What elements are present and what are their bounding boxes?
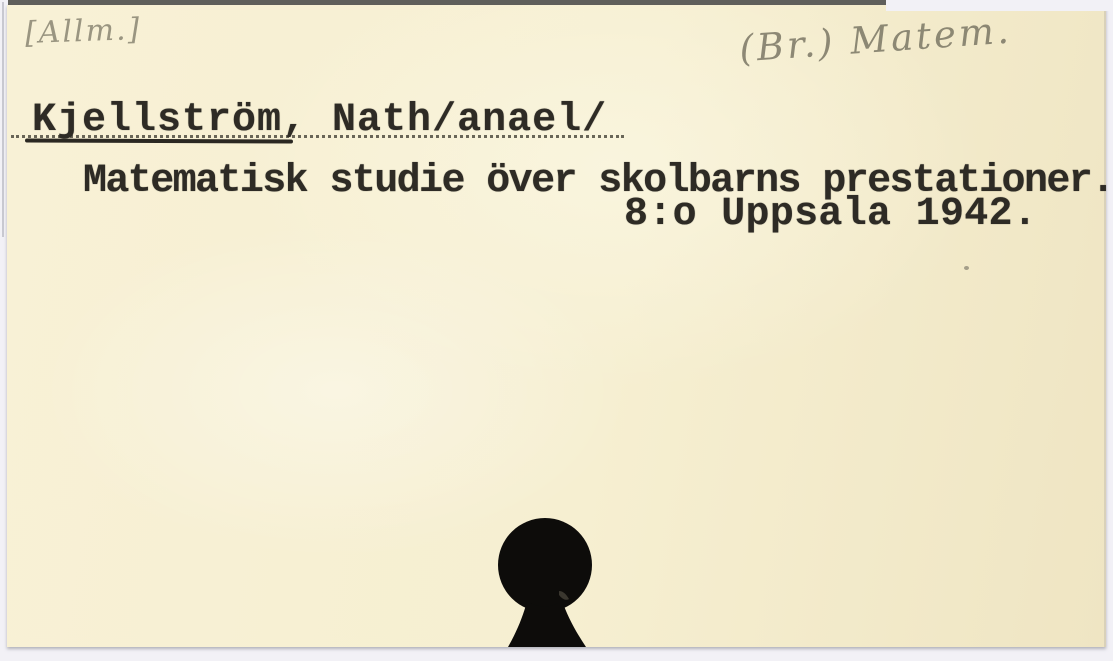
handwritten-classification-left: [Allm.]: [25, 15, 142, 49]
scanner-background-gap: [886, 0, 1113, 11]
hole-punch: [455, 495, 645, 648]
main-entry-heading: Kjellström, Nath/anael/: [32, 101, 607, 141]
imprint-text: 8:o Uppsala 1942.: [624, 195, 1037, 235]
ink-speck: [964, 266, 969, 270]
handwritten-classification-right: (Br.) Matem.: [738, 12, 1013, 68]
scanner-top-edge: [8, 0, 886, 5]
scanner-left-edge: [2, 2, 4, 237]
